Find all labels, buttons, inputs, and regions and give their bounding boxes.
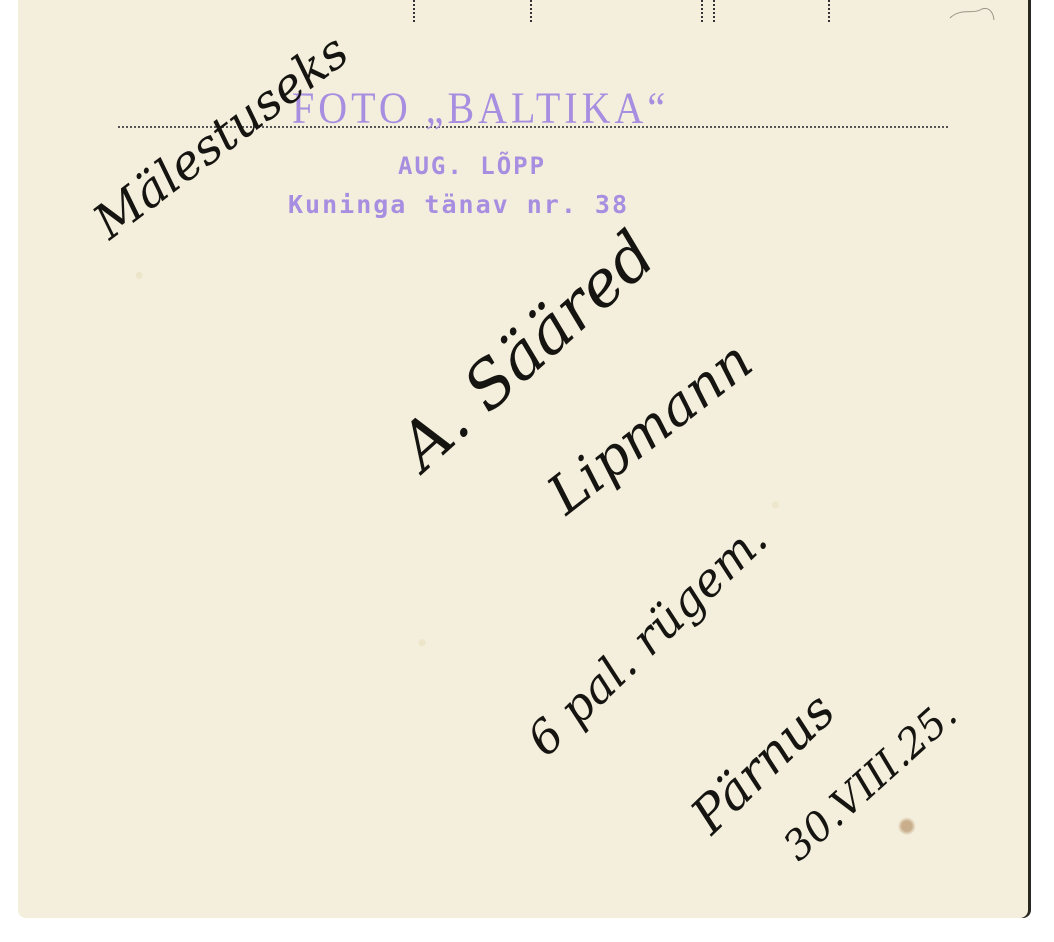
perforation-mark [713,0,715,22]
pencil-squiggle-icon [948,4,998,24]
stamp-address: Kuninga tänav nr. 38 [288,190,629,219]
stamp-owner: AUG. LÕPP [398,152,546,180]
perforation-mark [701,0,703,22]
perforation-mark [530,0,532,22]
perforation-mark [413,0,415,22]
stamp-studio-name: FOTO „BALTIKA“ [292,82,669,134]
perforation-mark [828,0,830,22]
